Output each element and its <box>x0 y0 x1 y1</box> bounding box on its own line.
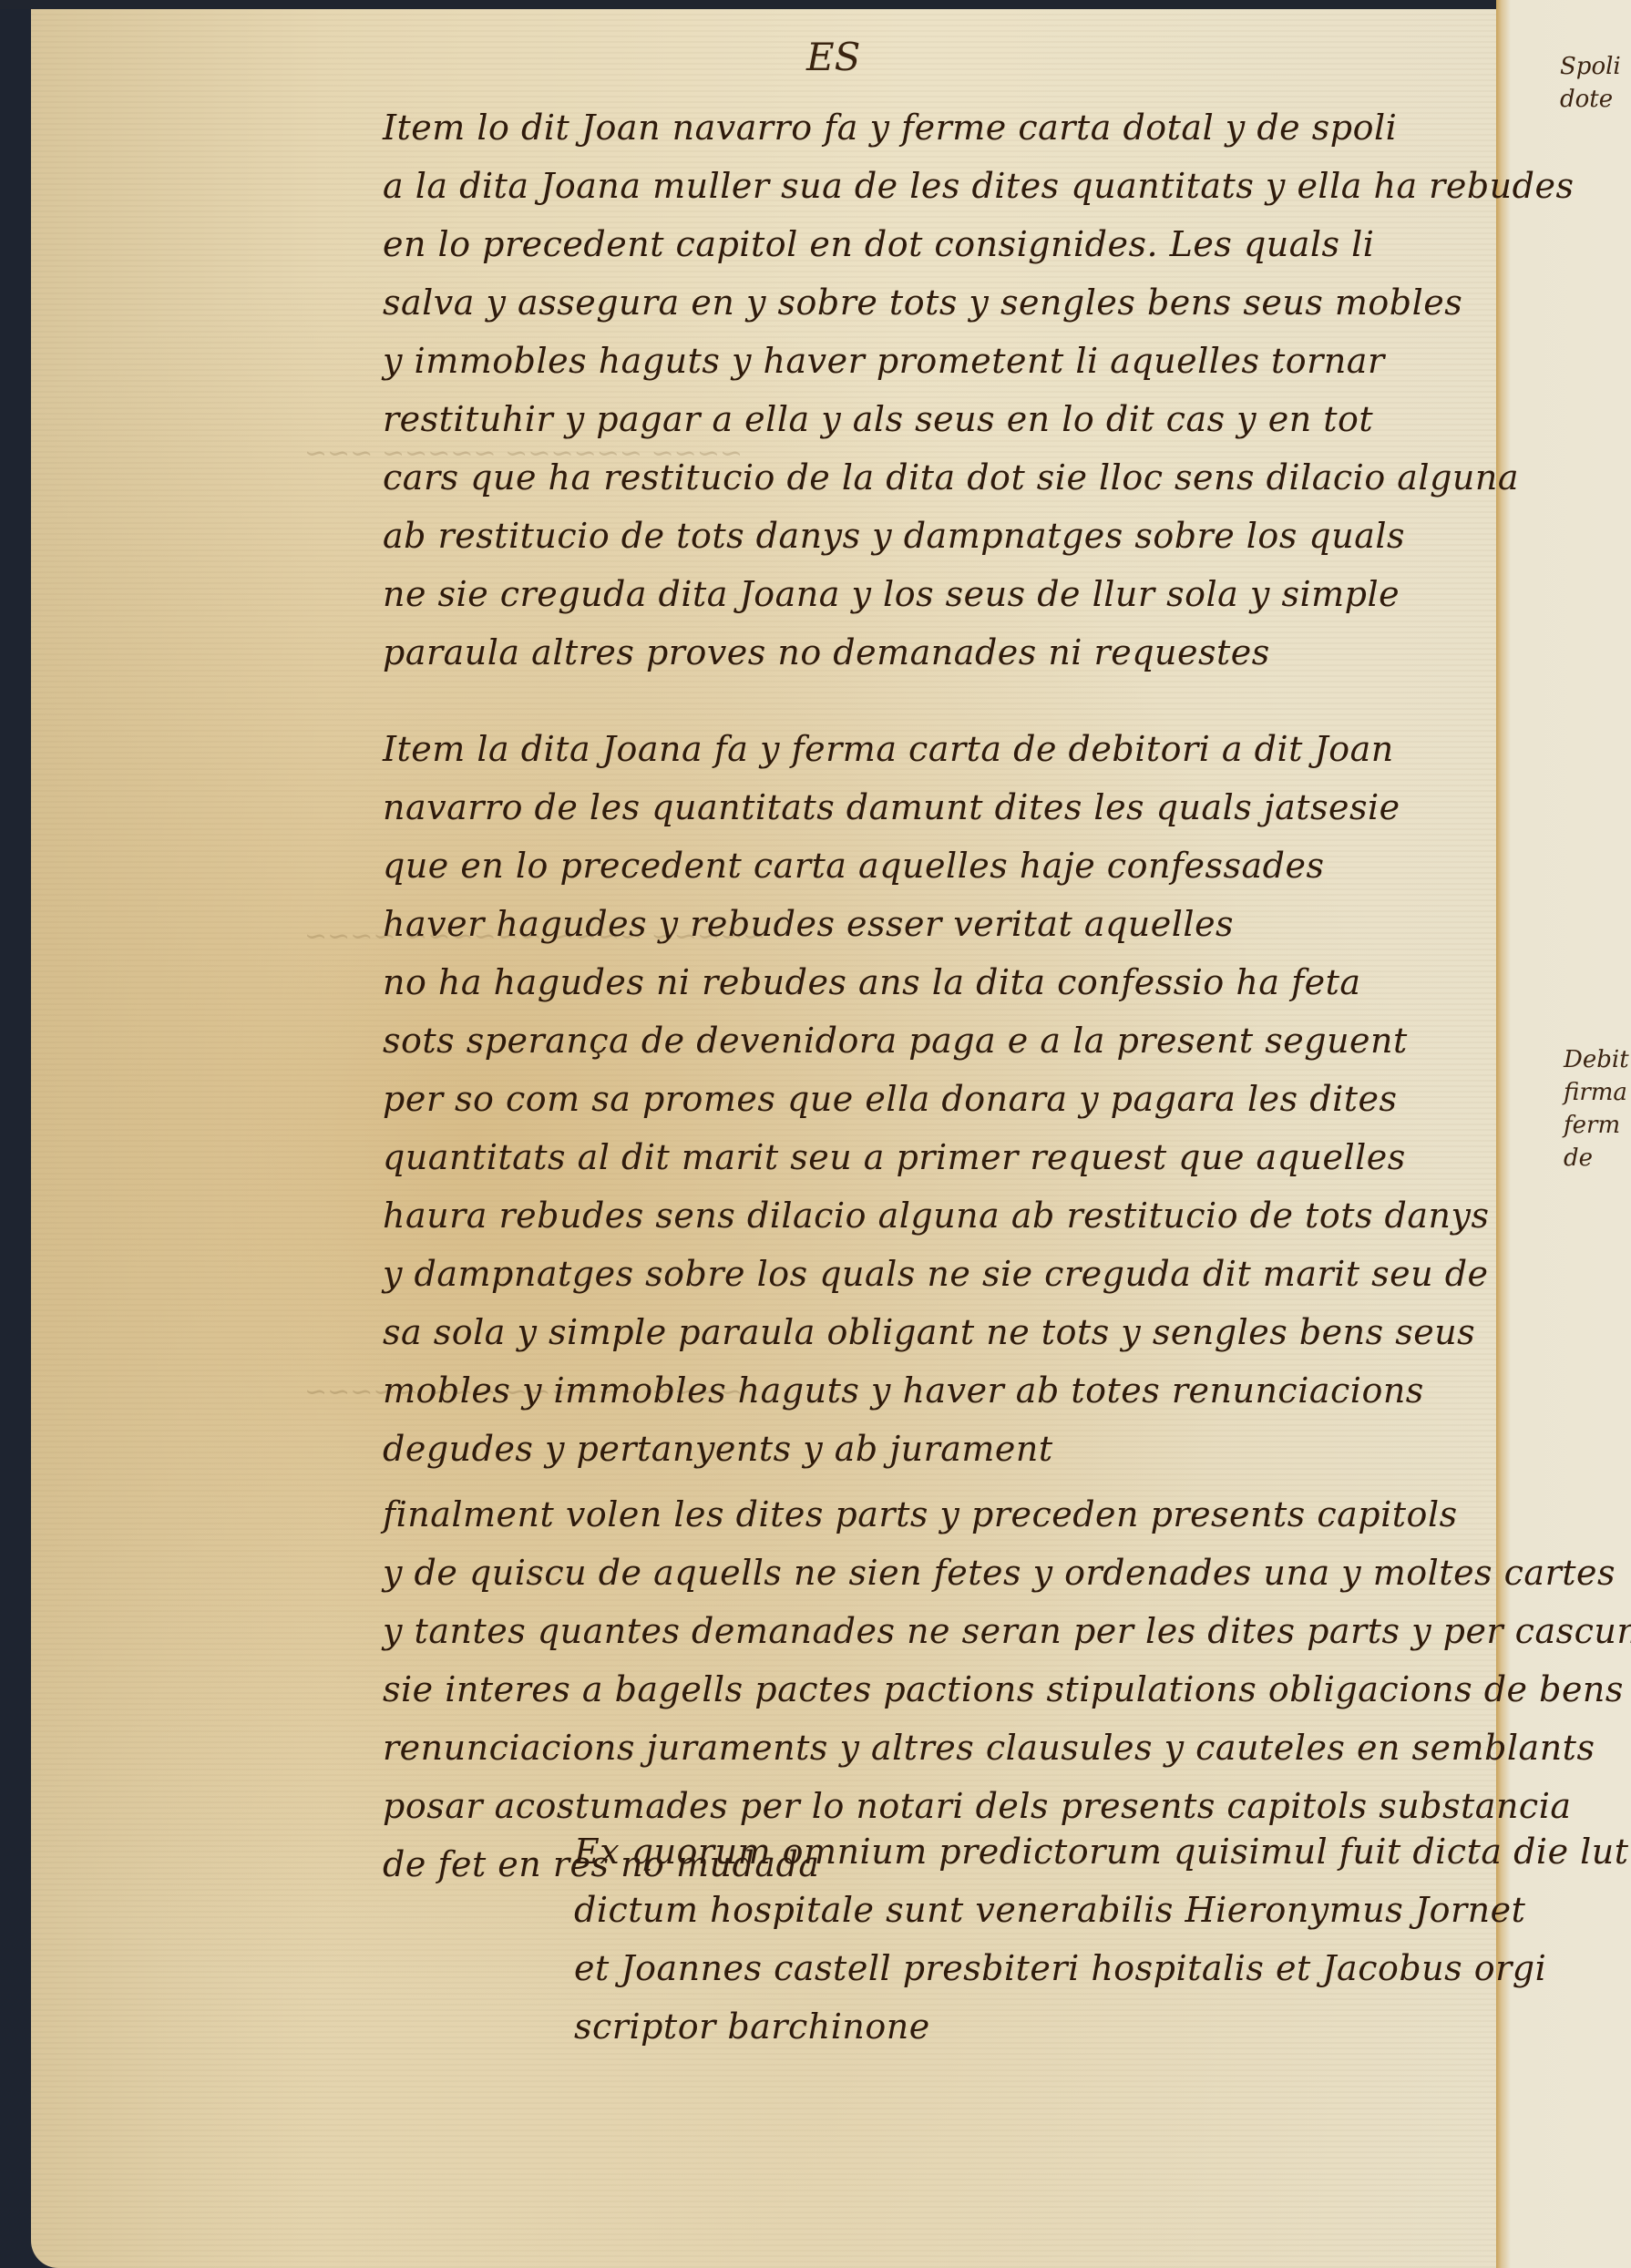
text-line: sie interes a bagells pactes pactions st… <box>383 1660 1476 1719</box>
text-line: et Joannes castell presbiteri hospitalis… <box>574 1939 1485 1997</box>
text-line: que en lo precedent carta aquelles haje … <box>383 836 1476 895</box>
text-line: renunciacions juraments y altres clausul… <box>383 1719 1476 1777</box>
folio-mark: ES <box>806 35 860 79</box>
text-line: Ex quorum omnium predictorum quisimul fu… <box>574 1822 1485 1881</box>
text-line: a la dita Joana muller sua de les dites … <box>383 157 1476 215</box>
text-line: Item la dita Joana fa y ferma carta de d… <box>383 720 1476 778</box>
witness-clause: Ex quorum omnium predictorum quisimul fu… <box>574 1822 1485 2056</box>
margin-note-line: Debit <box>1564 1043 1629 1076</box>
text-line: haura rebudes sens dilacio alguna ab res… <box>383 1186 1476 1245</box>
text-line: dictum hospitale sunt venerabilis Hieron… <box>574 1881 1485 1939</box>
text-line: haver hagudes y rebudes esser veritat aq… <box>383 895 1476 953</box>
text-line: y immobles haguts y haver prometent li a… <box>383 332 1476 390</box>
margin-note-line: ferm <box>1564 1109 1629 1142</box>
text-line: no ha hagudes ni rebudes ans la dita con… <box>383 953 1476 1011</box>
margin-note-middle: Debit firma ferm de <box>1564 1043 1629 1175</box>
margin-note-line: Spoli <box>1560 50 1621 83</box>
text-line: navarro de les quantitats damunt dites l… <box>383 778 1476 836</box>
text-line: ne sie creguda dita Joana y los seus de … <box>383 565 1476 623</box>
text-line: sa sola y simple paraula obligant ne tot… <box>383 1303 1476 1361</box>
text-line: mobles y immobles haguts y haver ab tote… <box>383 1361 1476 1420</box>
text-line: paraula altres proves no demanades ni re… <box>383 623 1476 682</box>
text-line: quantitats al dit marit seu a primer req… <box>383 1128 1476 1186</box>
paragraph-1: Item lo dit Joan navarro fa y ferme cart… <box>383 98 1476 682</box>
scan-background-top <box>0 0 1496 9</box>
text-line: en lo precedent capitol en dot consignid… <box>383 215 1476 273</box>
text-line: restituhir y pagar a ella y als seus en … <box>383 390 1476 448</box>
text-line: scriptor barchinone <box>574 1997 1485 2056</box>
text-line: y de quiscu de aquells ne sien fetes y o… <box>383 1544 1476 1602</box>
text-line: Item lo dit Joan navarro fa y ferme cart… <box>383 98 1476 157</box>
text-line: y dampnatges sobre los quals ne sie creg… <box>383 1245 1476 1303</box>
text-line: ab restitucio de tots danys y dampnatges… <box>383 507 1476 565</box>
text-line: degudes y pertanyents y ab jurament <box>383 1420 1476 1478</box>
text-line: finalment volen les dites parts y preced… <box>383 1485 1476 1544</box>
text-line: y tantes quantes demanades ne seran per … <box>383 1602 1476 1660</box>
text-line: salva y assegura en y sobre tots y sengl… <box>383 273 1476 332</box>
margin-note-top: Spoli dote <box>1560 50 1621 116</box>
text-line: cars que ha restitucio de la dita dot si… <box>383 448 1476 507</box>
text-line: per so com sa promes que ella donara y p… <box>383 1070 1476 1128</box>
text-line: sots sperança de devenidora paga e a la … <box>383 1011 1476 1070</box>
margin-note-line: firma <box>1564 1076 1629 1109</box>
margin-note-line: de <box>1564 1142 1629 1175</box>
margin-note-line: dote <box>1560 83 1621 116</box>
paragraph-2: Item la dita Joana fa y ferma carta de d… <box>383 720 1476 1478</box>
